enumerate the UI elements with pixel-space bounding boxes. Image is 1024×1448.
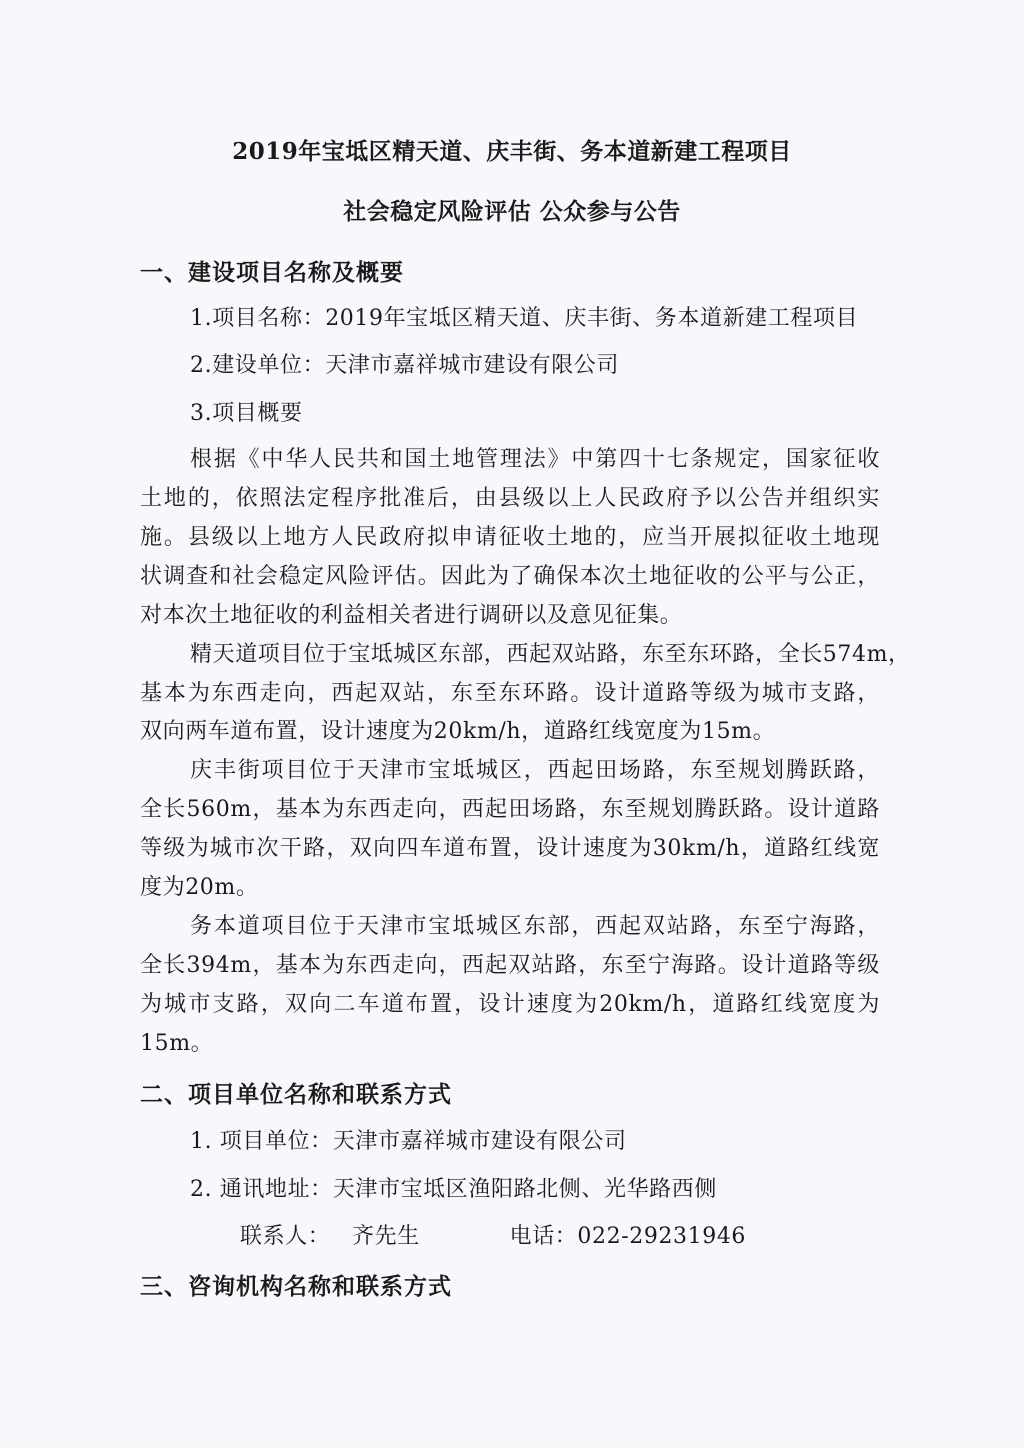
document-title-line1: 2019年宝坻区精天道、庆丰街、务本道新建工程项目 xyxy=(0,133,1024,166)
contact-label: 联系人： xyxy=(240,1219,330,1250)
para3-line: 等级为城市次干路，双向四车道布置，设计速度为30km/h，道路红线宽 xyxy=(140,831,880,862)
para1-line: 对本次土地征收的利益相关者进行调研以及意见征集。 xyxy=(140,598,682,629)
para1-line: 状调查和社会稳定风险评估。因此为了确保本次土地征收的公平与公正， xyxy=(140,559,880,590)
para2-line: 基本为东西走向，西起双站，东至东环路。设计道路等级为城市支路， xyxy=(140,676,880,707)
para1-line: 土地的，依照法定程序批准后，由县级以上人民政府予以公告并组织实 xyxy=(140,481,880,512)
para2-line: 精天道项目位于宝坻城区东部，西起双站路，东至东环路，全长574m， xyxy=(190,637,880,668)
para4-line: 全长394m，基本为东西走向，西起双站路，东至宁海路。设计道路等级 xyxy=(140,948,880,979)
section2-item-unit: 1. 项目单位：天津市嘉祥城市建设有限公司 xyxy=(190,1124,627,1155)
section1-item-project-name: 1.项目名称：2019年宝坻区精天道、庆丰街、务本道新建工程项目 xyxy=(190,301,858,332)
para1-line: 根据《中华人民共和国土地管理法》中第四十七条规定，国家征收 xyxy=(190,442,880,473)
section2-item-address: 2. 通讯地址：天津市宝坻区渔阳路北侧、光华路西侧 xyxy=(190,1172,717,1203)
contact-name: 齐先生 xyxy=(352,1219,502,1250)
para1-line: 施。县级以上地方人民政府拟申请征收土地的，应当开展拟征收土地现 xyxy=(140,520,880,551)
section1-item-overview: 3.项目概要 xyxy=(190,396,303,427)
phone-label: 电话： xyxy=(510,1219,578,1250)
contact-line: 联系人： 齐先生 电话：022-29231946 xyxy=(240,1219,746,1250)
document-page: 2019年宝坻区精天道、庆丰街、务本道新建工程项目 社会稳定风险评估 公众参与公… xyxy=(0,0,1024,1448)
section1-item-builder: 2.建设单位：天津市嘉祥城市建设有限公司 xyxy=(190,348,619,379)
section2-heading: 二、项目单位名称和联系方式 xyxy=(140,1076,452,1109)
section3-heading: 三、咨询机构名称和联系方式 xyxy=(140,1268,452,1301)
phone-number: 022-29231946 xyxy=(577,1224,746,1249)
section1-heading: 一、建设项目名称及概要 xyxy=(140,254,404,287)
para3-line: 庆丰街项目位于天津市宝坻城区，西起田场路，东至规划腾跃路， xyxy=(190,753,880,784)
para4-line: 务本道项目位于天津市宝坻城区东部，西起双站路，东至宁海路， xyxy=(190,909,880,940)
para4-line: 15m。 xyxy=(140,1026,213,1057)
para3-line: 全长560m，基本为东西走向，西起田场路，东至规划腾跃路。设计道路 xyxy=(140,792,880,823)
para2-line: 双向两车道布置，设计速度为20km/h，道路红线宽度为15m。 xyxy=(140,714,775,745)
para3-line: 度为20m。 xyxy=(140,870,258,901)
para4-line: 为城市支路，双向二车道布置，设计速度为20km/h，道路红线宽度为 xyxy=(140,987,880,1018)
document-title-line2: 社会稳定风险评估 公众参与公告 xyxy=(0,193,1024,226)
